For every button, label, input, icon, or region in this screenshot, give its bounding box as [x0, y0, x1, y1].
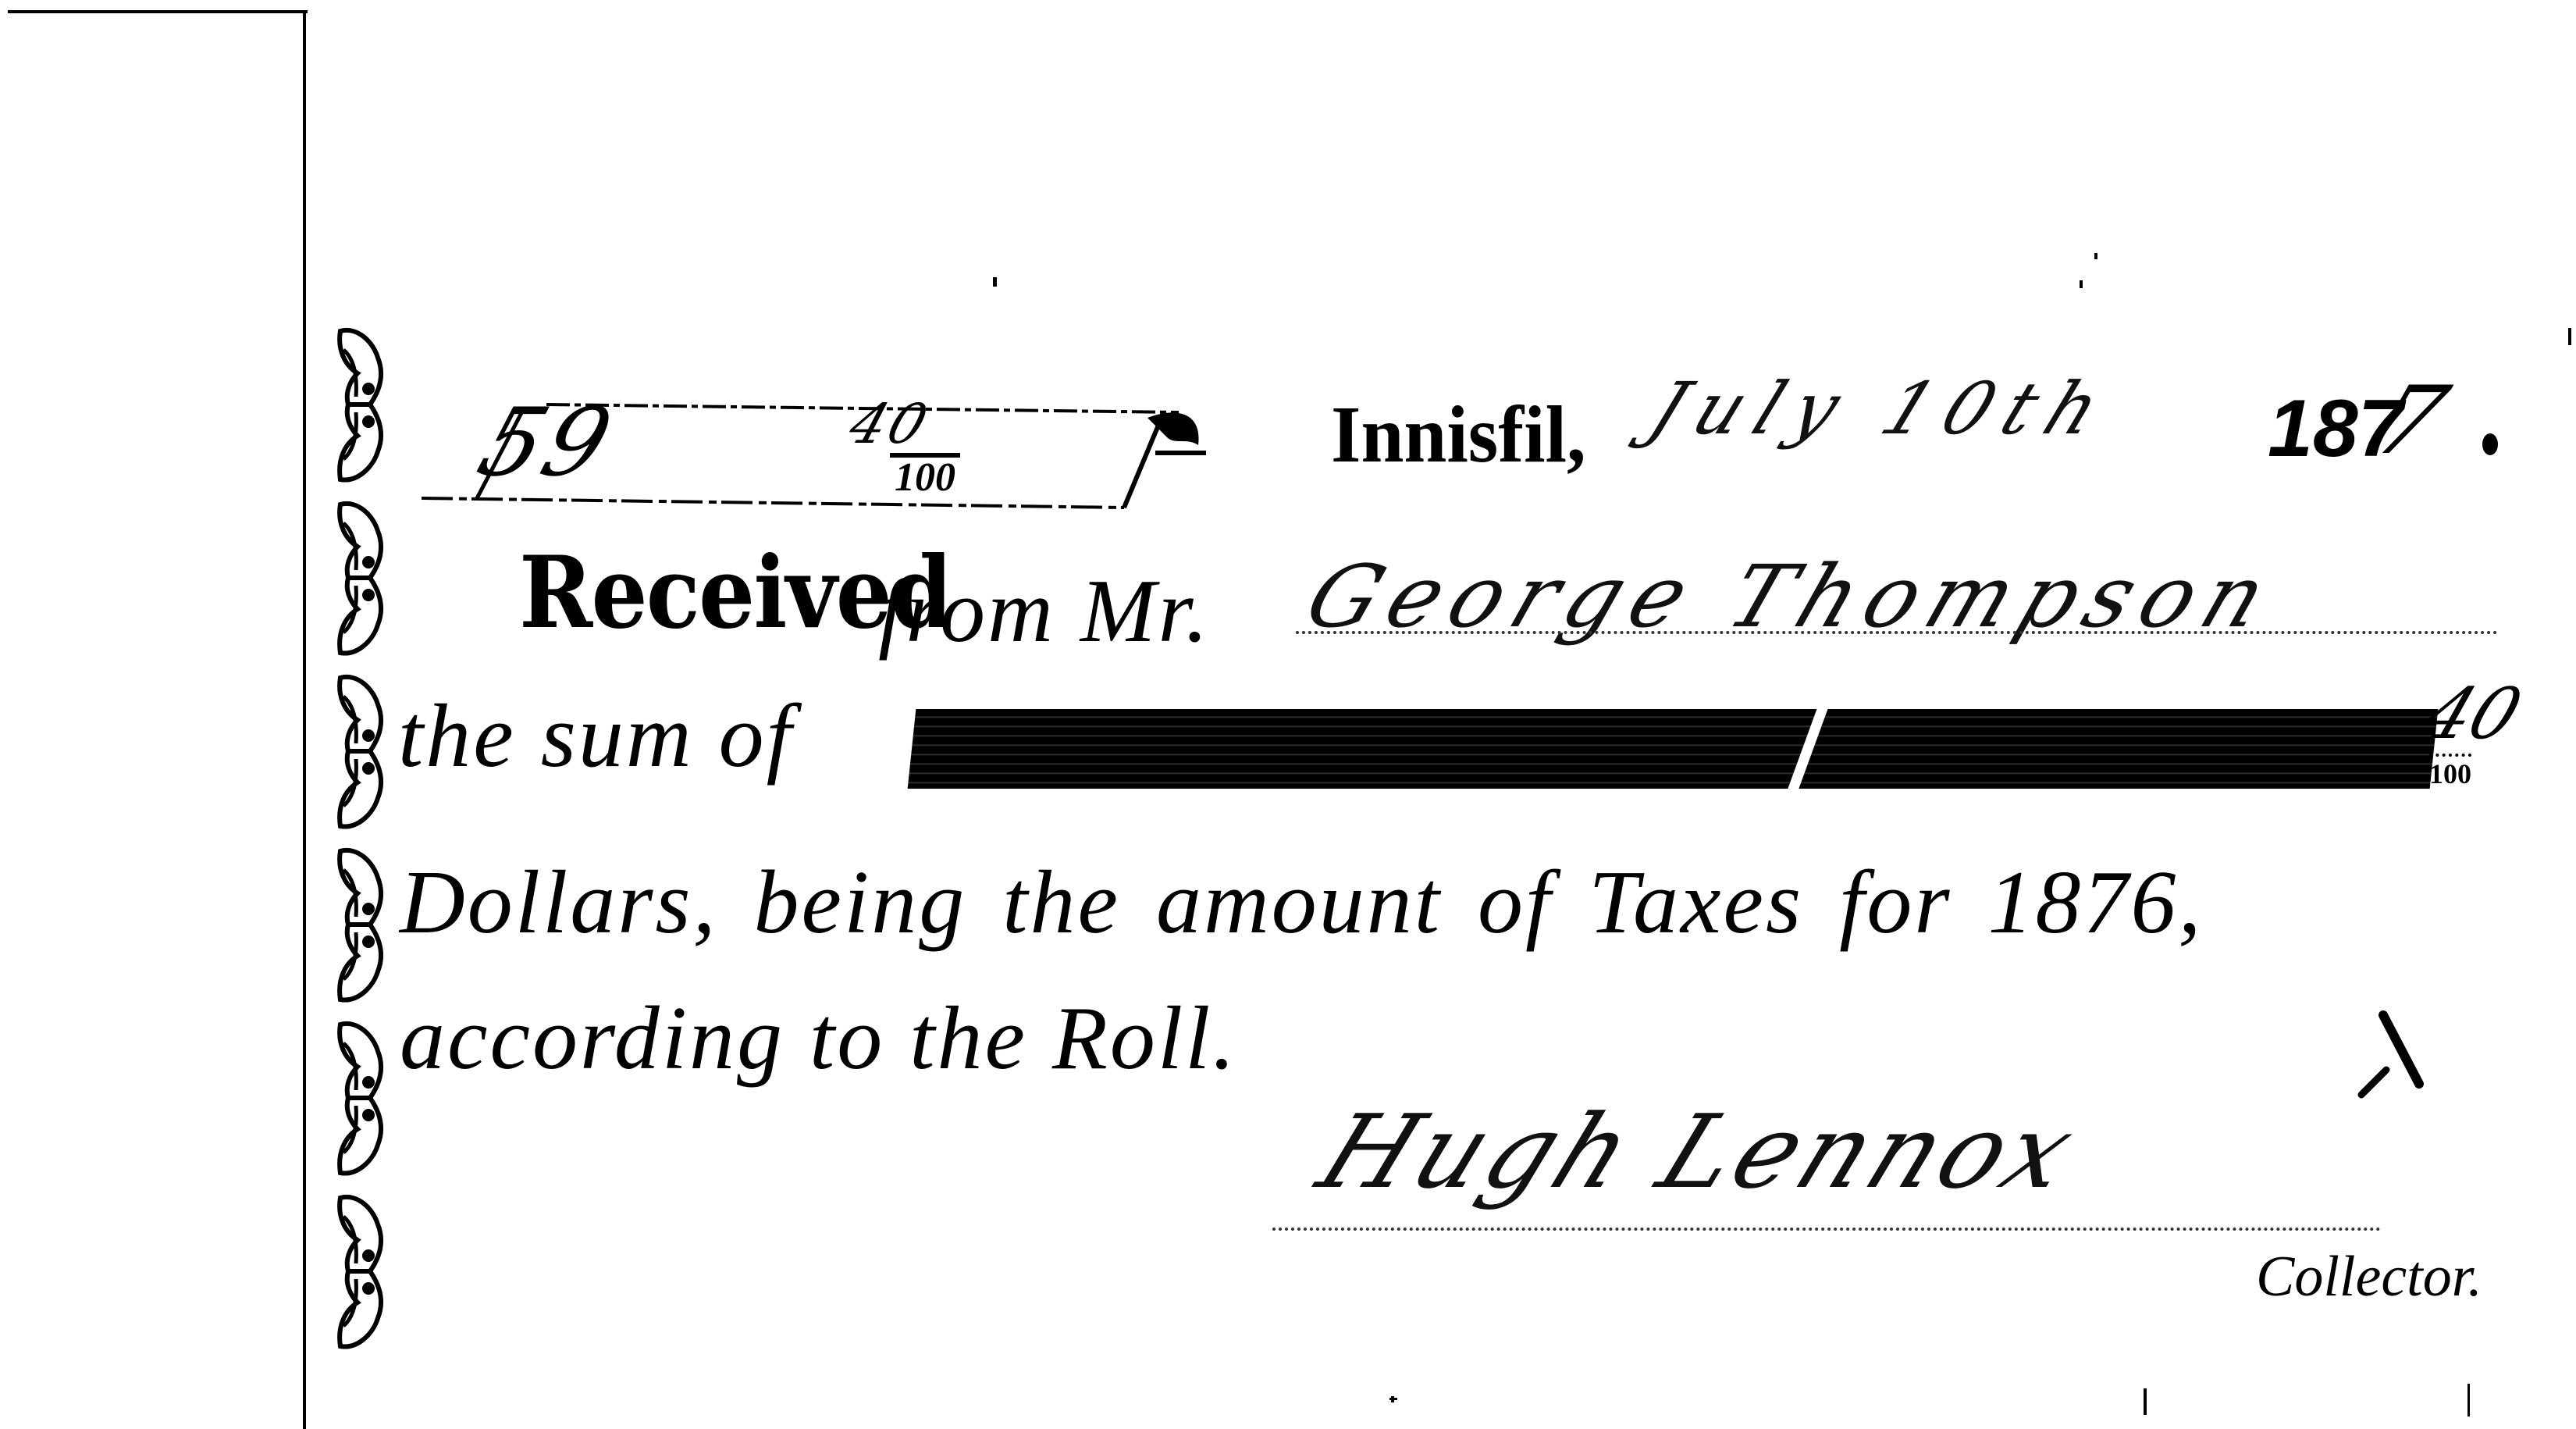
date-handwritten: July 10th: [1638, 367, 2126, 451]
top-border-rule: [8, 10, 308, 13]
sum-cents-handwritten: 40: [2415, 679, 2530, 750]
ornament-border-icon: [334, 326, 390, 1353]
signature-dotted-line: [1272, 1228, 2381, 1231]
purpose-line: Dollars, being the amount of Taxes for 1…: [400, 857, 2204, 948]
scan-speck: [1391, 1396, 1394, 1402]
from-mr-label: from Mr.: [878, 566, 1211, 657]
check-mark-icon: [2338, 998, 2463, 1099]
scan-speck: [2144, 1388, 2147, 1415]
sum-label: the sum of: [398, 691, 794, 782]
amount-box: 59 40 100: [406, 390, 1210, 515]
scan-speck: [993, 277, 997, 287]
left-border-rule: [303, 10, 306, 1429]
scan-speck: [2080, 280, 2083, 288]
place-name: Innisfil,: [1331, 390, 1586, 479]
scan-speck: [2094, 253, 2097, 259]
year-terminator-dot: [2482, 433, 2498, 455]
amount-cents-denominator: 100: [890, 453, 960, 498]
scan-speck: [2467, 1384, 2470, 1417]
sum-cents-denominator: 100: [2429, 754, 2471, 788]
payer-dotted-line: [1296, 631, 2498, 634]
scan-speck: [2568, 328, 2571, 345]
collector-signature: Hugh Lennox: [1307, 1101, 2092, 1203]
roll-line: according to the Roll.: [400, 993, 1237, 1084]
redacted-amount-words: [908, 709, 2439, 789]
collector-title: Collector.: [2256, 1248, 2482, 1306]
